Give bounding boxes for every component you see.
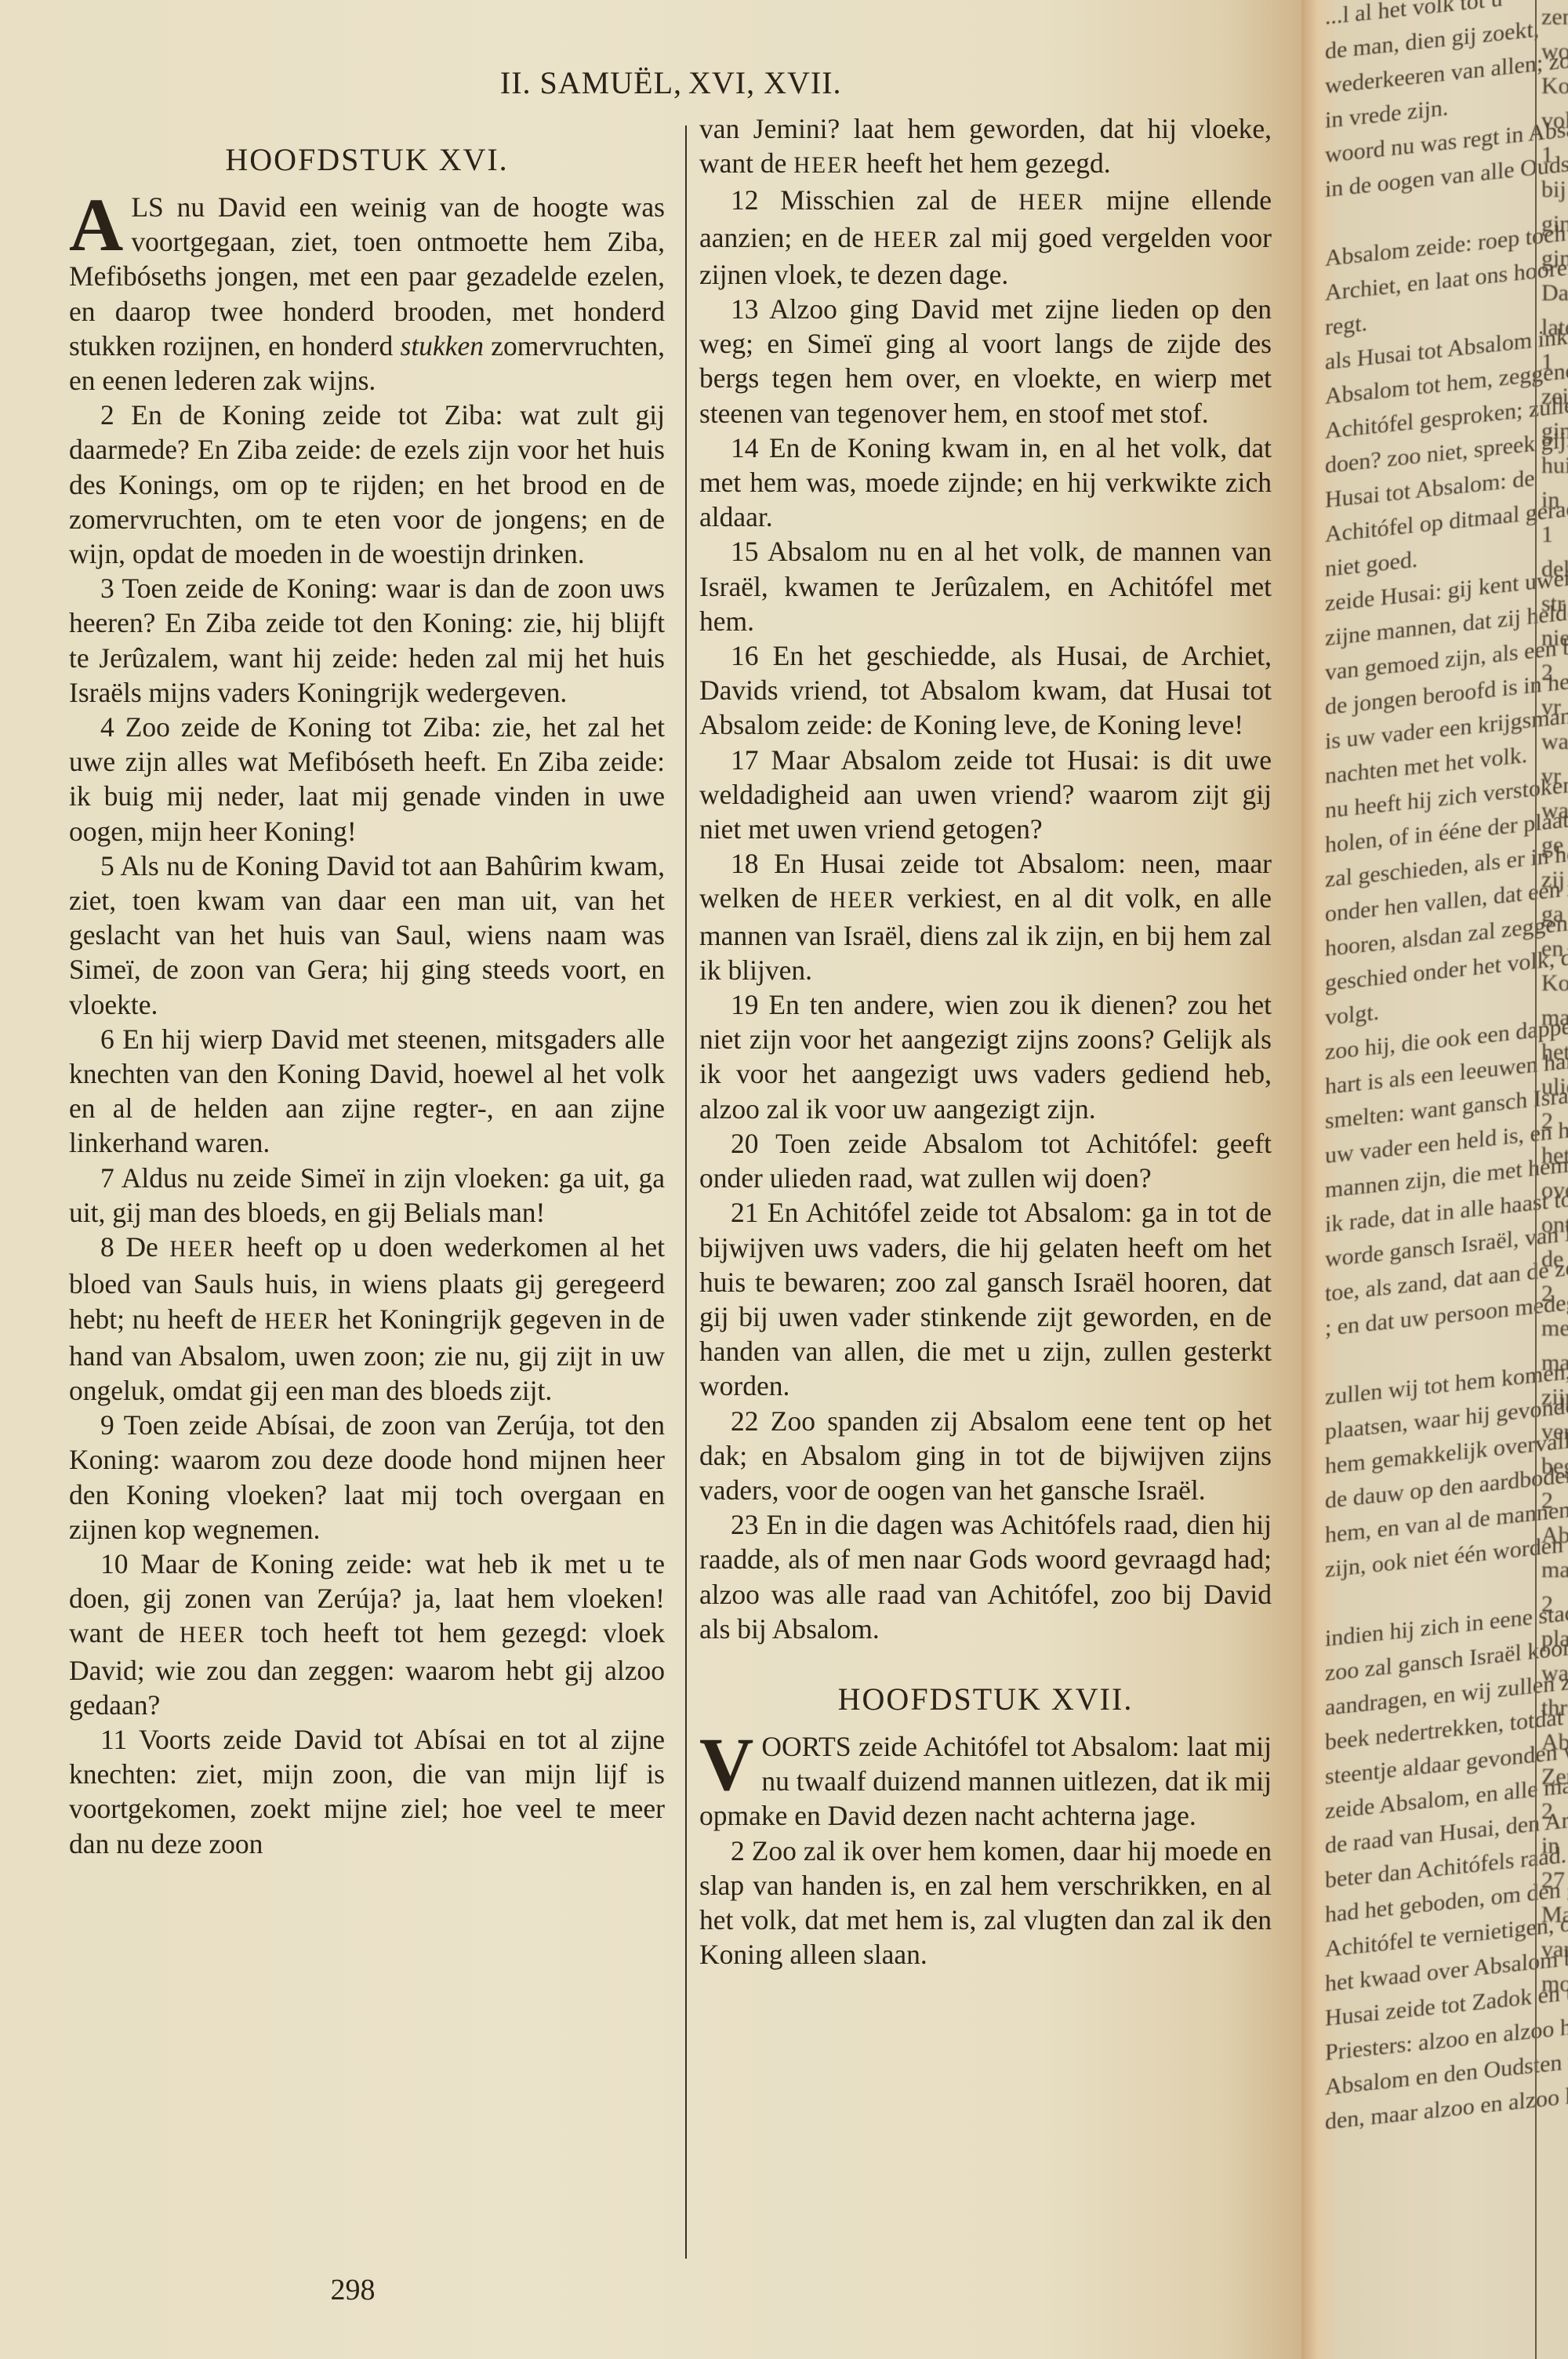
small-caps-heer: HEER (793, 153, 859, 178)
verse-number: 18 (731, 848, 759, 879)
verse-number: 13 (731, 293, 759, 325)
facing-page-fragment: ma (1541, 1001, 1568, 1035)
facing-page-fragment: 27 (1541, 1863, 1568, 1898)
facing-page-fragment: volk (1541, 104, 1568, 138)
facing-page-fragment: 2 (1541, 1277, 1568, 1311)
verse-number: 6 (100, 1023, 114, 1055)
verse-number: 14 (731, 432, 759, 463)
facing-page-edge: ...l al het volk tot ude man, dien gij z… (1301, 0, 1568, 2359)
facing-page-fragment: Ab (1541, 1518, 1568, 1553)
facing-page-fragment: zeid (1541, 380, 1568, 414)
verse-number: 11 (100, 1724, 127, 1755)
verse-number: 12 (731, 184, 759, 216)
facing-page-fragment: wa (1541, 794, 1568, 828)
verse-number: 4 (100, 711, 114, 743)
facing-page-text: ...l al het volk tot ude man, dien gij z… (1325, 0, 1537, 2139)
facing-page-column-rule (1535, 0, 1537, 2359)
chapter-heading-xvi: HOOFDSTUK XVI. (69, 138, 665, 182)
facing-page-fragment: Mah (1541, 1898, 1568, 1932)
facing-page-fragment: ge (1541, 828, 1568, 863)
facing-page-fragment: was (1541, 1656, 1568, 1691)
verse-19: 19 En ten andere, wien zou ik dienen? zo… (699, 987, 1272, 1126)
verse-15: 15 Absalom nu en al het volk, de mannen … (699, 534, 1272, 638)
verse-number: 10 (100, 1548, 129, 1579)
facing-page-fragment: 2 (1541, 656, 1568, 690)
verse-8: 8 De HEER heeft op u doen wederkomen al … (69, 1230, 665, 1408)
facing-page-fragment: Abi (1541, 1725, 1568, 1760)
facing-page-fragment: 2 (1541, 1484, 1568, 1518)
small-caps-heer: HEER (264, 1309, 330, 1334)
verse-number: 9 (100, 1409, 114, 1441)
running-head-chapters: XVI, XVII. (688, 64, 842, 101)
verse-6: 6 En hij wierp David met steenen, mitsga… (69, 1022, 665, 1161)
facing-page-fragment: Kon (1541, 69, 1568, 104)
facing-page-fragment: 1 (1541, 345, 1568, 380)
facing-page-fragment: dek (1541, 552, 1568, 587)
chapter-xvii-verse-1: VOORTS zeide Achitófel tot Absalom: laat… (699, 1729, 1272, 1834)
facing-page-fragment: ulie (1541, 1070, 1568, 1104)
facing-page-fragment: zijn (1541, 1380, 1568, 1415)
facing-page-fragment: vr (1541, 759, 1568, 794)
small-caps-heer: HEER (169, 1237, 235, 1262)
facing-page-fragment: vr (1541, 690, 1568, 725)
small-caps-heer: HEER (829, 888, 895, 913)
facing-page-fragment: het (1541, 1139, 1568, 1173)
facing-page-fragment: mo (1541, 1967, 1568, 2001)
facing-page-fragment: in (1541, 483, 1568, 518)
facing-page-fragment: ver (1541, 1415, 1568, 1449)
facing-page-fragment: pla (1541, 1622, 1568, 1656)
small-caps-heer: HEER (1018, 190, 1084, 215)
verse-22: 22 Zoo spanden zij Absalom eene tent op … (699, 1404, 1272, 1508)
facing-page-right-fragments: zenwoeKonvolk1bijginggingDavlate1zeidgin… (1541, 0, 1568, 2001)
chapter-heading-xvii: HOOFDSTUK XVII. (699, 1677, 1272, 1721)
right-column: van Jemini? laat hem geworden, dat hij v… (699, 111, 1272, 1972)
facing-page-fragment: nie (1541, 621, 1568, 656)
verse-11-continuation: van Jemini? laat hem geworden, dat hij v… (699, 111, 1272, 183)
verse-number: 8 (100, 1231, 114, 1263)
dropcap: V (699, 1734, 753, 1795)
facing-page-fragment: bij (1541, 173, 1568, 207)
column-rule (685, 125, 687, 2259)
verse-9: 9 Toen zeide Abísai, de zoon van Zerúja,… (69, 1408, 665, 1547)
verse-18: 18 En Husai zeide tot Absalom: neen, maa… (699, 846, 1272, 987)
facing-page-fragment: 2 (1541, 1794, 1568, 1829)
verse-3: 3 Toen zeide de Koning: waar is dan de z… (69, 571, 665, 710)
facing-page-fragment: man (1541, 1553, 1568, 1587)
facing-page-fragment: zen (1541, 0, 1568, 35)
facing-page-fragment: woe (1541, 35, 1568, 69)
small-caps-heer: HEER (873, 227, 939, 253)
verse-number: 7 (100, 1162, 114, 1194)
facing-page-fragment: 1 (1541, 138, 1568, 173)
page-number: 298 (0, 2273, 706, 2307)
facing-page-fragment: ma (1541, 1346, 1568, 1380)
facing-page-fragment: ging (1541, 242, 1568, 276)
verse-number: 19 (731, 989, 759, 1020)
verse-20: 20 Toen zeide Absalom tot Achitófel: gee… (699, 1126, 1272, 1195)
facing-page-fragment: Dav (1541, 276, 1568, 311)
facing-page-fragment: ging (1541, 207, 1568, 242)
verse-number: 16 (731, 640, 759, 671)
verse-number: 17 (731, 744, 759, 776)
facing-page-fragment: ging (1541, 414, 1568, 449)
verse-7: 7 Aldus nu zeide Simeï in zijn vloeken: … (69, 1161, 665, 1230)
facing-page-fragment: ove (1541, 1173, 1568, 1208)
verse-2: 2 En de Koning zeide tot Ziba: wat zult … (69, 398, 665, 571)
small-caps-heer: HEER (180, 1623, 245, 1648)
facing-page-fragment: beg (1541, 1449, 1568, 1484)
facing-page-fragment: hui (1541, 449, 1568, 483)
verse-number: 3 (100, 572, 114, 604)
book-page: II. SAMUËL, XVI, XVII. HOOFDSTUK XVI. AL… (0, 0, 1301, 2359)
dropcap: A (69, 194, 123, 256)
facing-page-fragment: 2 (1541, 1587, 1568, 1622)
facing-page-fragment: thra (1541, 1691, 1568, 1725)
verse-number: 21 (731, 1197, 759, 1228)
verse-number: 23 (731, 1509, 759, 1540)
verse-number: 2 (731, 1835, 745, 1866)
verse-number: 22 (731, 1405, 759, 1437)
verse-4: 4 Zoo zeide de Koning tot Ziba: zie, het… (69, 710, 665, 849)
verse-16: 16 En het geschiedde, als Husai, de Arch… (699, 638, 1272, 743)
facing-page-fragment: me (1541, 1311, 1568, 1346)
facing-page-fragment: in (1541, 1829, 1568, 1863)
facing-page-fragment: de (1541, 1242, 1568, 1277)
verse-23: 23 En in die dagen was Achitófels raad, … (699, 1507, 1272, 1646)
facing-page-fragment: str (1541, 587, 1568, 621)
facing-page-fragment: wa (1541, 725, 1568, 759)
facing-page-fragment: zij (1541, 863, 1568, 897)
facing-page-fragment: 1 (1541, 518, 1568, 552)
verse-11: 11 Voorts zeide David tot Abísai en tot … (69, 1722, 665, 1861)
verse-21: 21 En Achitófel zeide tot Absalom: ga in… (699, 1195, 1272, 1403)
verse-number: 15 (731, 536, 759, 567)
facing-page-fragment: late (1541, 311, 1568, 345)
verse-5: 5 Als nu de Koning David tot aan Bahûrim… (69, 849, 665, 1022)
verse-14: 14 En de Koning kwam in, en al het volk,… (699, 431, 1272, 535)
facing-page-fragment: van (1541, 1932, 1568, 1967)
left-column: HOOFDSTUK XVI. ALS nu David een weinig v… (69, 133, 665, 1861)
italic-word: stukken (401, 330, 484, 362)
verse-number: 5 (100, 850, 114, 881)
facing-page-fragment: en (1541, 932, 1568, 966)
verse-17: 17 Maar Absalom zeide tot Husai: is dit … (699, 743, 1272, 847)
verse-1: ALS nu David een weinig van de hoogte wa… (69, 190, 665, 398)
facing-page-fragment: ga (1541, 897, 1568, 932)
verse-number: 20 (731, 1128, 759, 1159)
verse-13: 13 Alzoo ging David met zijne lieden op … (699, 292, 1272, 431)
facing-page-fragment: het (1541, 1035, 1568, 1070)
facing-page-fragment: Ko (1541, 966, 1568, 1001)
chapter-xvii-verse-2: 2 Zoo zal ik over hem komen, daar hij mo… (699, 1834, 1272, 1972)
verse-number: 2 (100, 399, 114, 431)
facing-page-fragment: ont (1541, 1208, 1568, 1242)
verse-10: 10 Maar de Koning zeide: wat heb ik met … (69, 1547, 665, 1722)
facing-page-fragment: 2 (1541, 1104, 1568, 1139)
facing-page-fragment: Zer (1541, 1760, 1568, 1794)
verse-12: 12 Misschien zal de HEER mijne ellende a… (699, 183, 1272, 292)
running-head-book: II. SAMUËL, (500, 64, 682, 101)
